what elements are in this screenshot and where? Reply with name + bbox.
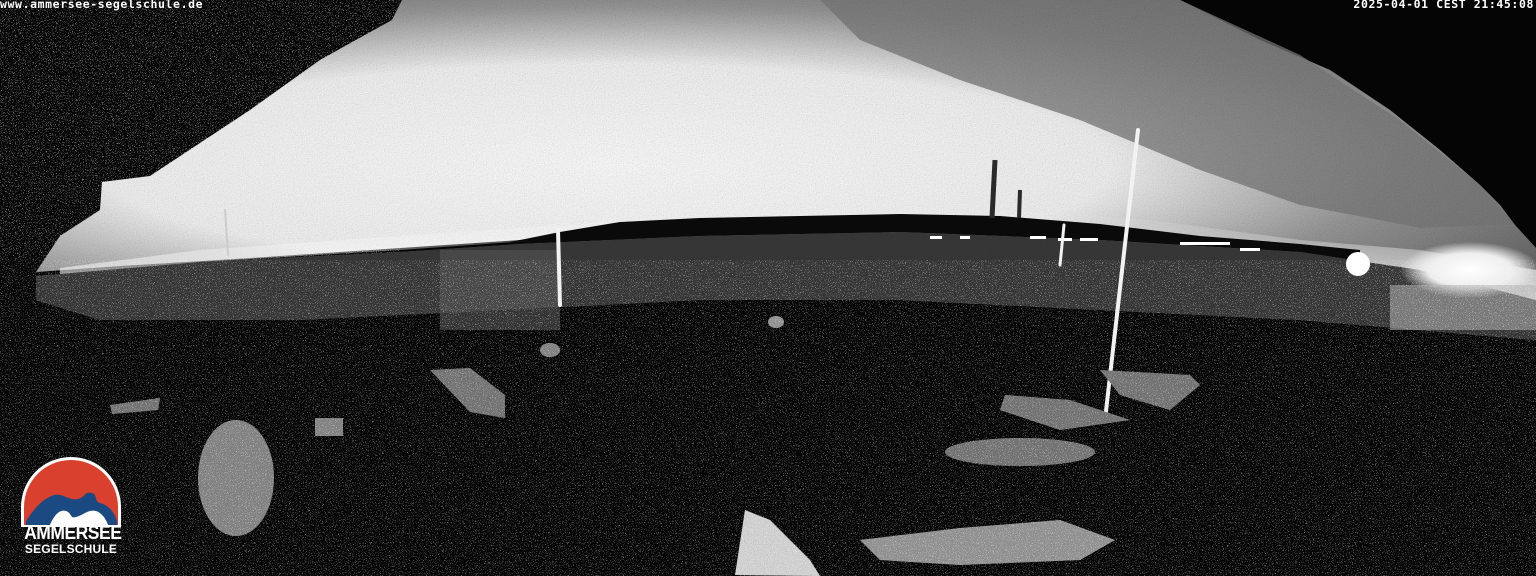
webcam-image: www.ammersee-segelschule.de 2025-04-01 C…: [0, 0, 1536, 576]
logo-subtitle: SEGELSCHULE: [20, 543, 122, 556]
webcam-scene: [0, 0, 1536, 576]
ammersee-segelschule-logo: AMMERSEE SEGELSCHULE: [20, 455, 122, 559]
timestamp: 2025-04-01 CEST 21:45:08: [1353, 0, 1534, 11]
logo-title: AMMERSEE: [24, 524, 118, 543]
site-url-watermark: www.ammersee-segelschule.de: [0, 0, 203, 11]
logo-dome-icon: [20, 455, 122, 527]
